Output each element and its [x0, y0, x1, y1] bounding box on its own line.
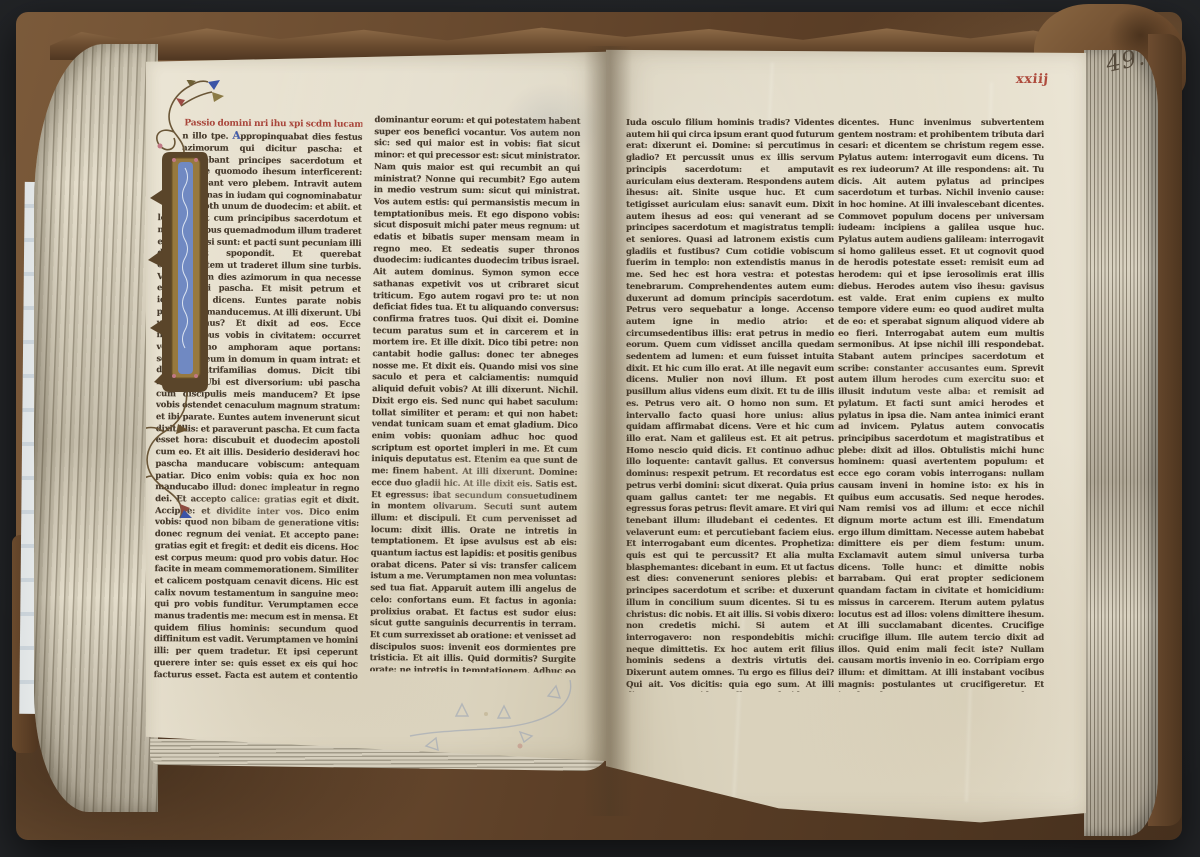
initial-letter-block — [148, 152, 208, 392]
left-page-column-b: dominantur eorum: et qui potestatem habe… — [370, 115, 581, 673]
quire-signature-red: xxiij — [1015, 72, 1049, 87]
right-page-column-b: dicentes. Hunc invenimus subvertentem ge… — [838, 118, 1044, 692]
left-page-stack-edges — [34, 44, 158, 812]
left-page-parchment: Passio domini nri ihu xpi scdm lucam. n … — [146, 46, 608, 764]
fore-edge-page-block — [1084, 50, 1158, 836]
column-body-text: dicentes. Hunc invenimus subvertentem ge… — [838, 118, 1044, 692]
column-body-text: dominantur eorum: et qui potestatem habe… — [370, 115, 581, 673]
right-page-parchment: Iuda osculo filium hominis tradis? Viden… — [606, 42, 1086, 824]
illuminated-initial-I-with-ivy-border — [134, 80, 226, 520]
column-body-text: Iuda osculo filium hominis tradis? Viden… — [626, 118, 834, 692]
manuscript-photo-scene: Passio domini nri ihu xpi scdm lucam. n … — [0, 0, 1200, 857]
blue-versal-capital: A — [232, 130, 240, 142]
right-page-column-a: Iuda osculo filium hominis tradis? Viden… — [626, 118, 834, 692]
